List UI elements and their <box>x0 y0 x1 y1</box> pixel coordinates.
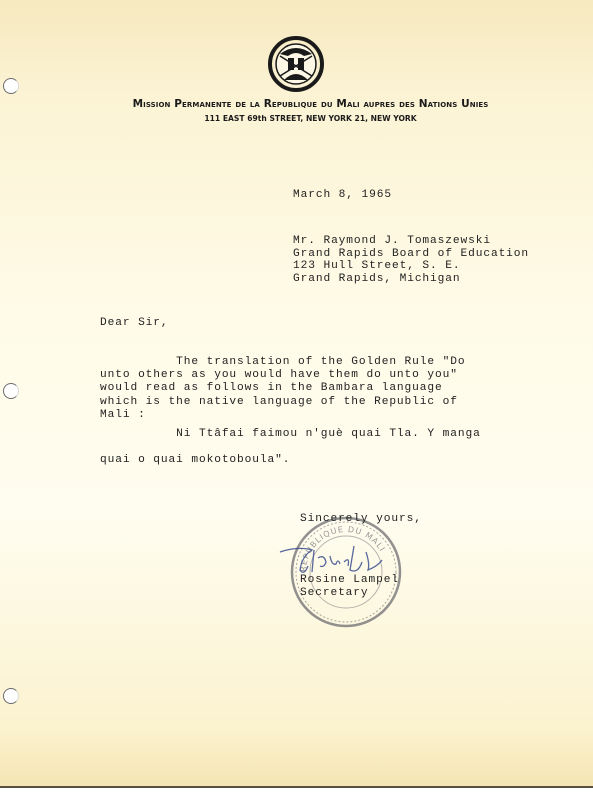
punch-hole-top <box>3 78 19 94</box>
translation-line-1: Ni Ttâfai faimou n'guè quai Tla. Y manga <box>100 428 481 441</box>
translation-line-2: quai o quai mokotoboula". <box>100 454 290 467</box>
signatory-name: Rosine Lampel <box>300 574 399 587</box>
letter-page: Mission Permanente de la Republique du M… <box>0 0 593 788</box>
body-line: The translation of the Golden Rule "Do <box>100 356 465 369</box>
closing: Sincerely yours, <box>300 513 422 526</box>
recipient-line: 123 Hull Street, S. E. <box>293 260 529 273</box>
recipient-line: Grand Rapids Board of Education <box>293 248 529 261</box>
signatory-title: Secretary <box>300 587 399 600</box>
page-bottom-edge <box>0 786 593 792</box>
mission-name: Mission Permanente de la Republique du M… <box>14 98 593 110</box>
letter-body: The translation of the Golden Rule "Doun… <box>100 356 465 422</box>
recipient-line: Grand Rapids, Michigan <box>293 273 529 286</box>
punch-hole-middle <box>3 383 19 399</box>
punch-hole-bottom <box>3 688 19 704</box>
body-line: Mali : <box>100 409 465 422</box>
body-line: which is the native language of the Repu… <box>100 396 465 409</box>
body-line: would read as follows in the Bambara lan… <box>100 382 465 395</box>
recipient-address: Mr. Raymond J. TomaszewskiGrand Rapids B… <box>293 235 529 285</box>
recipient-line: Mr. Raymond J. Tomaszewski <box>293 235 529 248</box>
letter-date: March 8, 1965 <box>293 189 392 202</box>
mali-seal-icon <box>268 36 324 92</box>
mission-address: 111 EAST 69th STREET, NEW YORK 21, NEW Y… <box>14 114 593 123</box>
salutation: Dear Sir, <box>100 317 169 330</box>
body-line: unto others as you would have them do un… <box>100 369 465 382</box>
signatory-block: Rosine LampelSecretary <box>300 574 399 600</box>
